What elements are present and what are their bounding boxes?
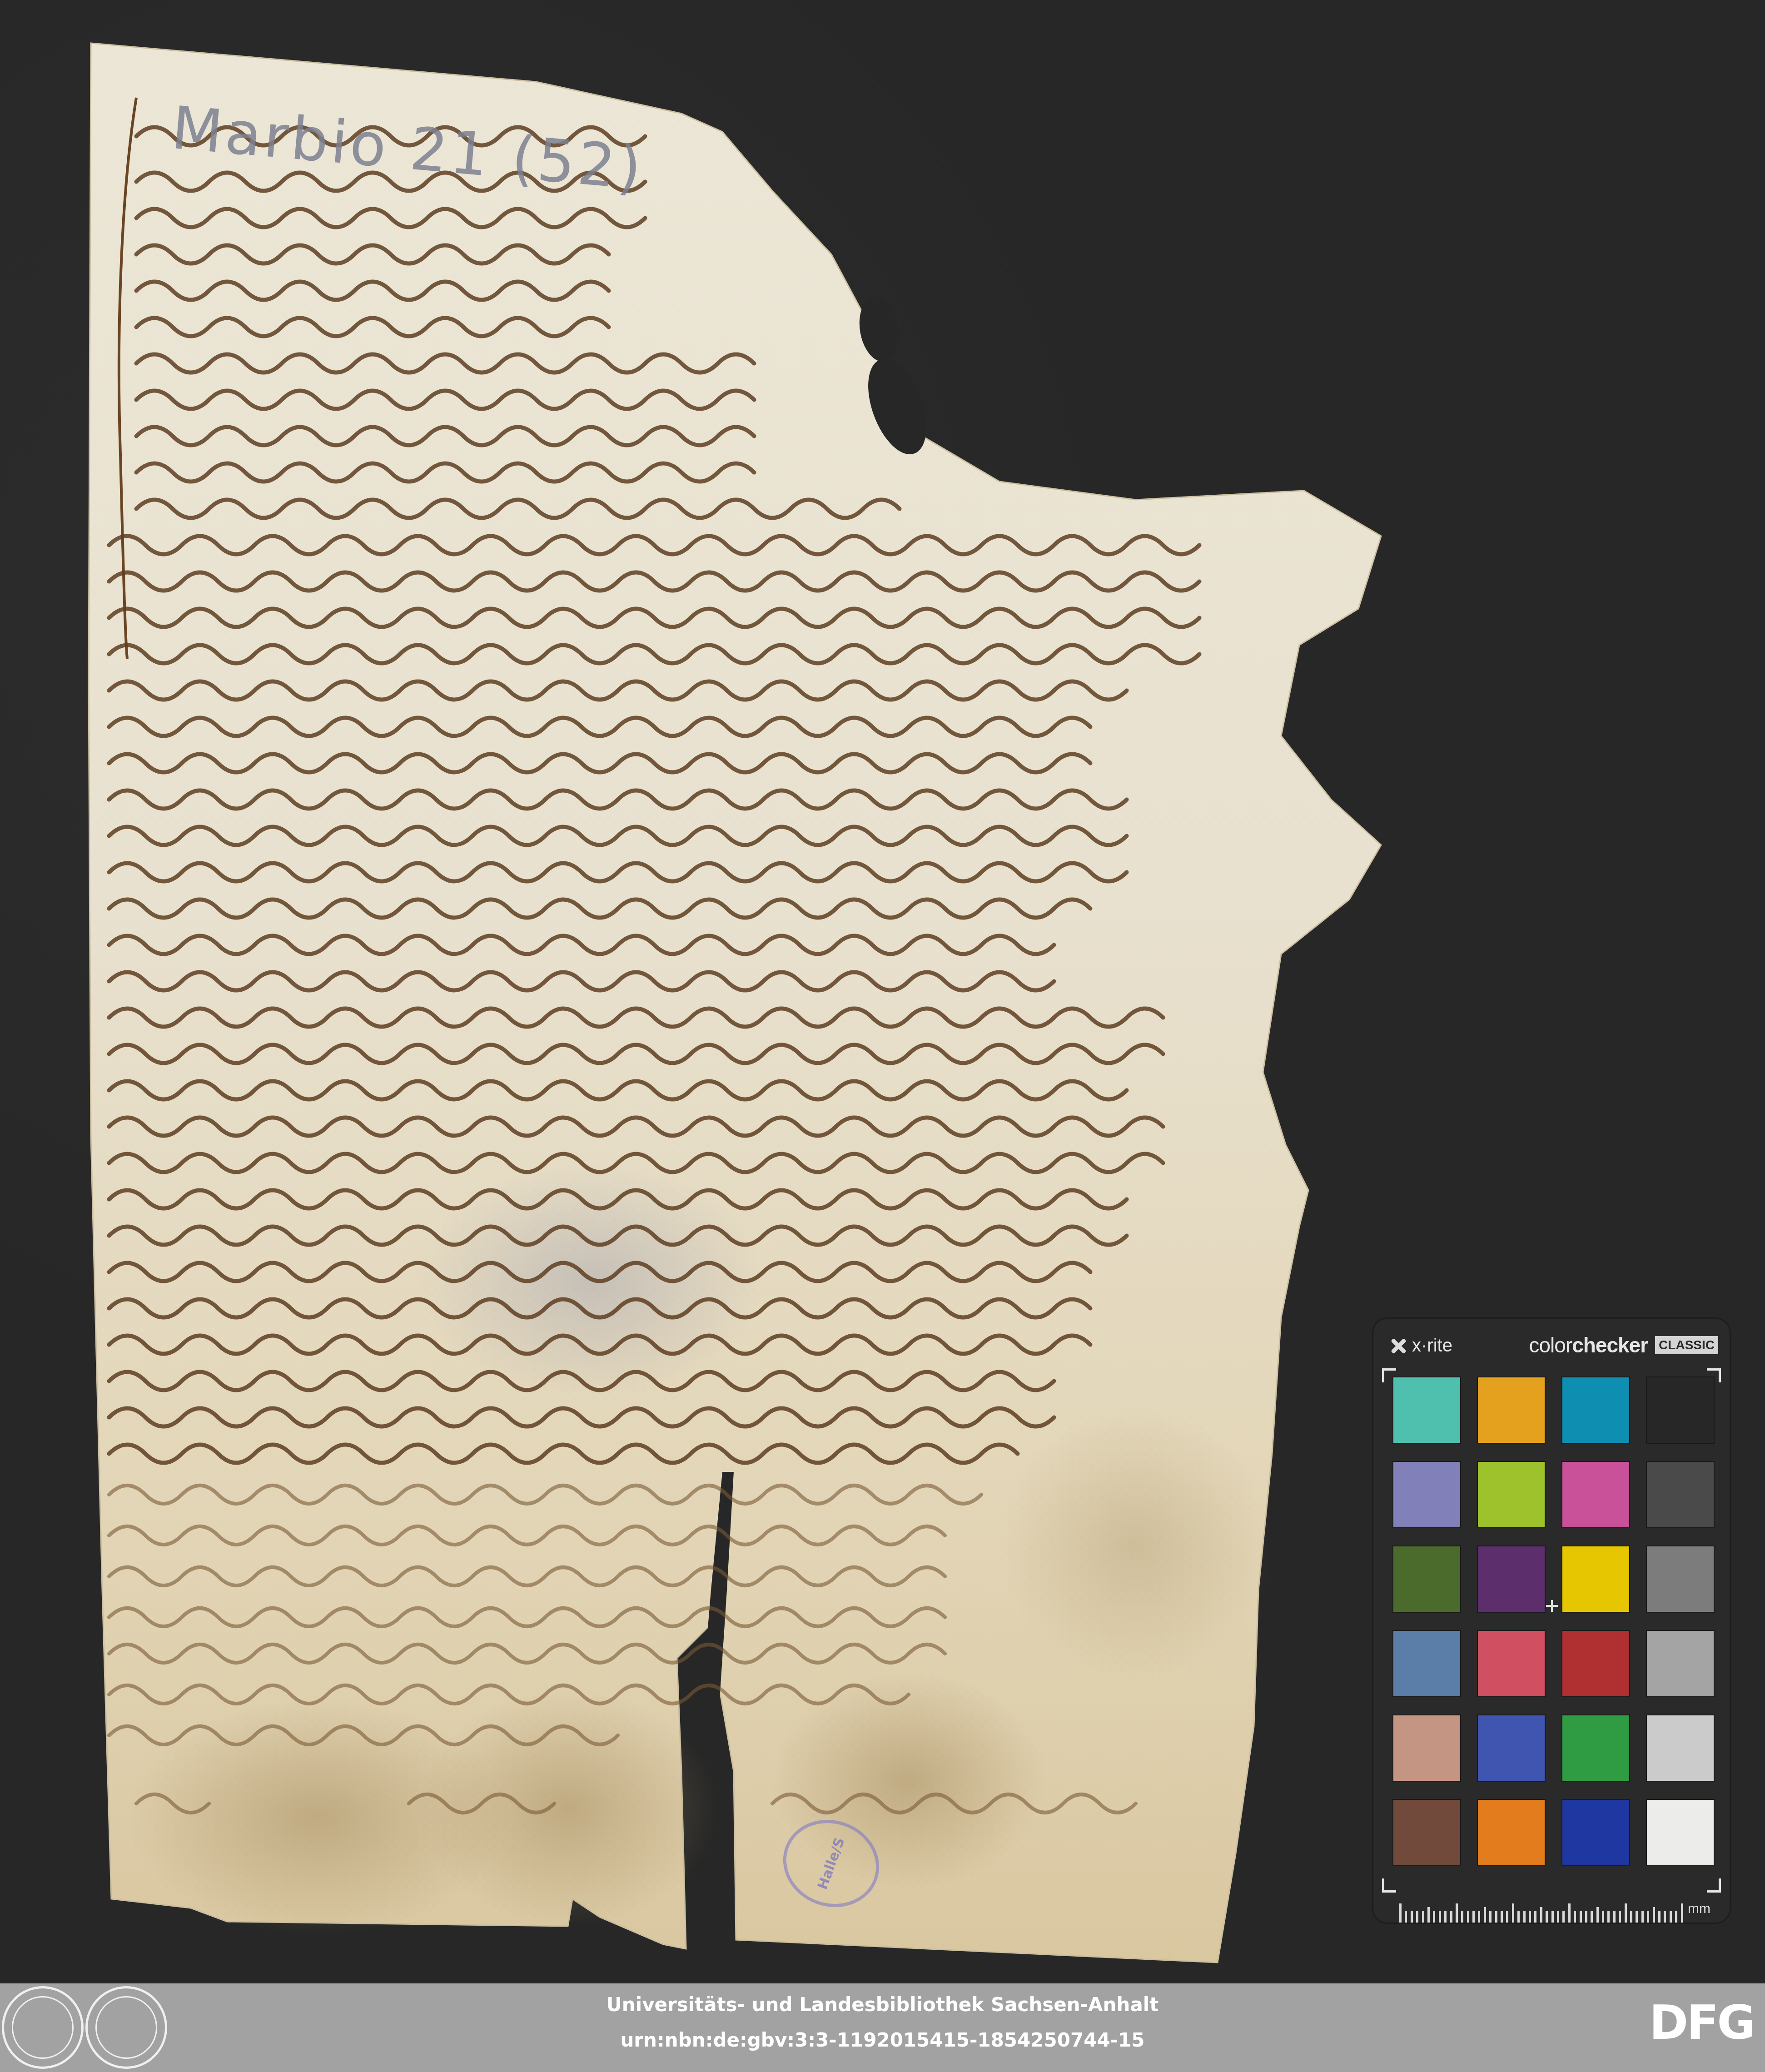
color-patch <box>1646 1799 1715 1866</box>
xrite-logo-icon <box>1389 1337 1407 1355</box>
color-patch <box>1392 1714 1461 1782</box>
ruler-tick <box>1439 1911 1441 1923</box>
stamp-text: Halle/S <box>815 1835 848 1892</box>
crosshair-icon <box>1546 1600 1558 1612</box>
ruler-tick <box>1613 1911 1616 1923</box>
color-patch <box>1477 1714 1546 1782</box>
ruler-tick <box>1456 1903 1458 1923</box>
urn-identifier: urn:nbn:de:gbv:3:3-1192015415-1854250744… <box>0 2029 1765 2051</box>
ruler-tick <box>1506 1911 1508 1923</box>
ruler-tick <box>1653 1907 1655 1923</box>
ruler-tick <box>1433 1911 1435 1923</box>
color-patch <box>1477 1799 1546 1866</box>
ruler-tick <box>1585 1911 1587 1923</box>
ruler-tick <box>1602 1911 1604 1923</box>
color-patch <box>1561 1799 1630 1866</box>
color-patch-grid <box>1392 1376 1715 1866</box>
ruler-tick <box>1568 1903 1571 1923</box>
ruler-tick <box>1461 1911 1463 1923</box>
ruler-tick <box>1495 1911 1497 1923</box>
ruler-tick <box>1647 1911 1649 1923</box>
ruler-tick <box>1540 1907 1542 1923</box>
color-patch <box>1477 1461 1546 1528</box>
ruler-tick <box>1489 1911 1492 1923</box>
color-patch <box>1392 1376 1461 1444</box>
color-patch <box>1392 1545 1461 1613</box>
ruler-tick <box>1619 1911 1621 1923</box>
ruler-tick <box>1551 1911 1554 1923</box>
ruler-tick <box>1427 1907 1430 1923</box>
ruler-tick <box>1574 1911 1576 1923</box>
ruler-tick <box>1625 1903 1627 1923</box>
registration-corner-icon <box>1382 1878 1396 1893</box>
ruler-tick <box>1681 1903 1683 1923</box>
color-patch <box>1392 1461 1461 1528</box>
color-patch <box>1561 1630 1630 1697</box>
color-patch <box>1561 1461 1630 1528</box>
ruler-tick <box>1416 1911 1418 1923</box>
ruler-tick <box>1664 1911 1666 1923</box>
ruler-tick <box>1534 1911 1536 1923</box>
ruler-tick <box>1467 1911 1469 1923</box>
xrite-brand-label: x·rite <box>1412 1336 1452 1356</box>
color-patch <box>1561 1714 1630 1782</box>
ruler-tick <box>1675 1911 1677 1923</box>
ruler-tick <box>1546 1911 1548 1923</box>
ruler-tick <box>1512 1903 1514 1923</box>
ruler-tick <box>1557 1911 1559 1923</box>
classic-badge: CLASSIC <box>1655 1336 1718 1354</box>
ruler-tick <box>1399 1903 1402 1923</box>
ruler-tick <box>1562 1911 1565 1923</box>
ruler-tick <box>1658 1911 1661 1923</box>
ruler-tick <box>1591 1911 1593 1923</box>
color-checker-card: x·rite color checker CLASSIC mm <box>1372 1317 1731 1924</box>
ruler-tick <box>1484 1907 1486 1923</box>
ruler-tick <box>1641 1911 1644 1923</box>
color-patch <box>1561 1545 1630 1613</box>
institution-name: Universitäts- und Landesbibliothek Sachs… <box>0 1993 1765 2016</box>
colorchecker-title: color checker CLASSIC <box>1529 1333 1718 1357</box>
ruler-tick <box>1596 1907 1599 1923</box>
library-footer-bar: Universitäts- und Landesbibliothek Sachs… <box>0 1983 1765 2072</box>
color-patch <box>1646 1545 1715 1613</box>
color-patch <box>1392 1799 1461 1866</box>
ruler-tick <box>1580 1911 1582 1923</box>
color-patch <box>1646 1630 1715 1697</box>
color-patch <box>1477 1545 1546 1613</box>
ruler-tick <box>1450 1911 1452 1923</box>
ruler-tick <box>1411 1911 1413 1923</box>
ruler-tick <box>1405 1911 1407 1923</box>
ruler-tick <box>1636 1911 1638 1923</box>
ruler-tick <box>1670 1911 1672 1923</box>
ruler-unit-label: mm <box>1688 1901 1710 1917</box>
ruler-tick <box>1422 1911 1424 1923</box>
color-patch <box>1646 1714 1715 1782</box>
ruler-tick <box>1607 1911 1610 1923</box>
title-light-part: color <box>1529 1333 1572 1357</box>
xrite-brand: x·rite <box>1389 1336 1452 1356</box>
dfg-logo: DFG <box>1649 2004 1754 2041</box>
ruler-tick <box>1529 1911 1531 1923</box>
color-patch <box>1561 1376 1630 1444</box>
ruler-tick <box>1501 1911 1503 1923</box>
title-bold-part: checker <box>1572 1333 1648 1357</box>
mm-ruler <box>1399 1903 1683 1923</box>
ruler-tick <box>1630 1911 1632 1923</box>
color-patch <box>1477 1630 1546 1697</box>
ruler-tick <box>1523 1911 1526 1923</box>
ruler-tick <box>1444 1911 1447 1923</box>
color-patch <box>1646 1461 1715 1528</box>
registration-corner-icon <box>1707 1878 1721 1893</box>
color-patch <box>1646 1376 1715 1444</box>
ruler-tick <box>1517 1911 1520 1923</box>
color-patch <box>1477 1376 1546 1444</box>
ruler-tick <box>1472 1911 1475 1923</box>
ruler-tick <box>1478 1911 1480 1923</box>
color-patch <box>1392 1630 1461 1697</box>
